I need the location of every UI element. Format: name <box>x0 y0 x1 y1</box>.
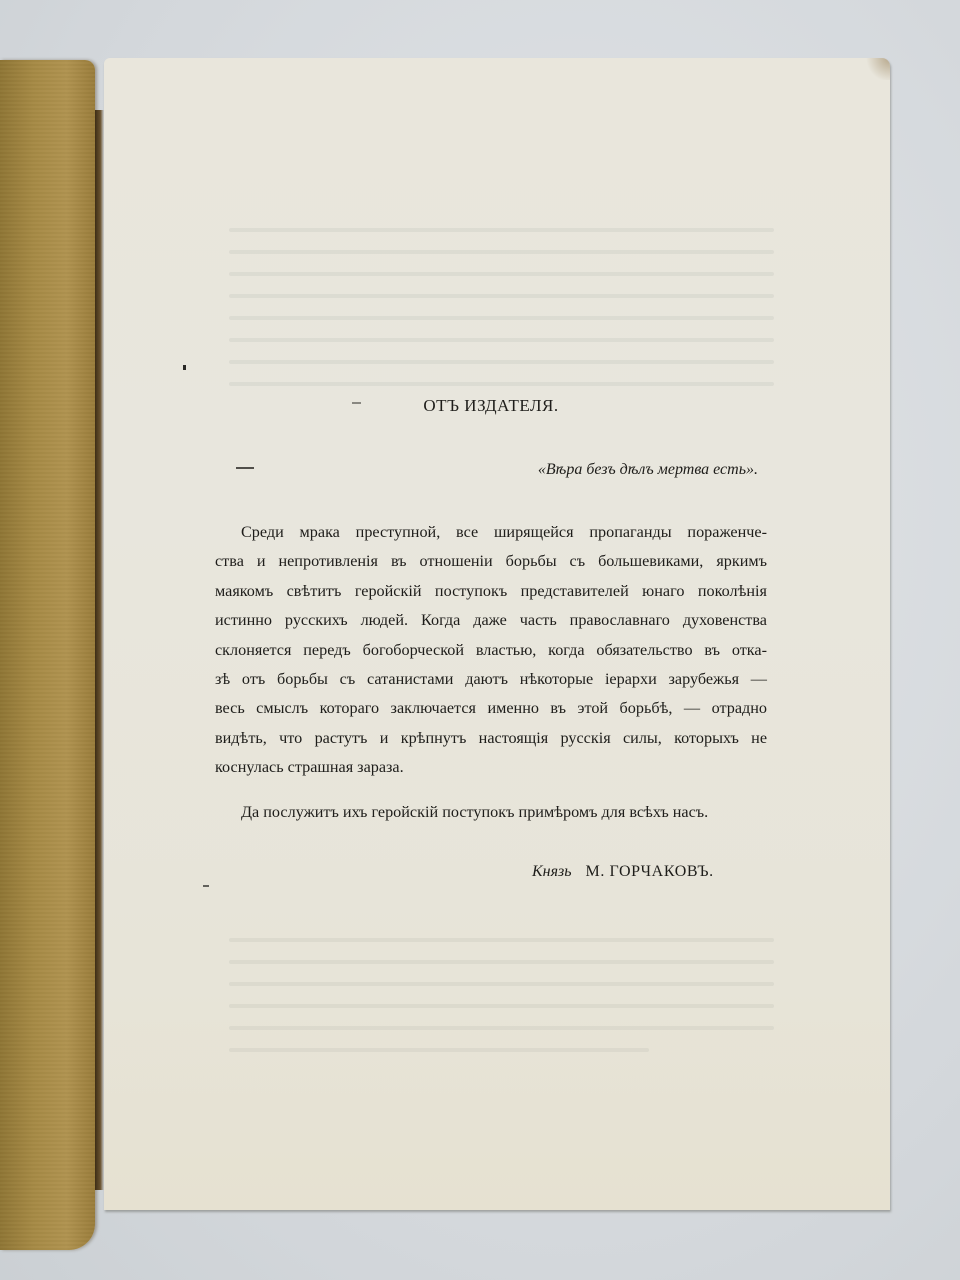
ink-speck <box>236 467 254 469</box>
paragraph-line: Среди мрака преступной, все ширящейся пр… <box>215 518 767 547</box>
paragraph-line: видѣть, что растутъ и крѣпнутъ настоящія… <box>215 724 767 753</box>
page-content: ОТЪ ИЗДАТЕЛЯ. «Вѣра безъ дѣлъ мертва ест… <box>0 0 960 1280</box>
closing-sentence: Да послужитъ ихъ геройскій поступокъ при… <box>241 803 708 822</box>
ink-speck <box>203 885 209 887</box>
ink-speck <box>183 365 186 370</box>
paragraph-line: коснулась страшная зараза. <box>215 753 767 782</box>
signature: Князь М. ГОРЧАКОВЪ. <box>532 863 714 881</box>
signature-title: Князь <box>532 863 572 880</box>
paragraph-line: истинно русскихъ людей. Когда даже часть… <box>215 606 767 635</box>
signature-name: М. ГОРЧАКОВЪ. <box>586 863 714 880</box>
paragraph-line: зѣ отъ борьбы съ сатанистами даютъ нѣкот… <box>215 665 767 694</box>
page-title: ОТЪ ИЗДАТЕЛЯ. <box>0 396 960 416</box>
body-paragraph: Среди мрака преступной, все ширящейся пр… <box>215 518 767 783</box>
paragraph-line: маякомъ свѣтитъ геройскій поступокъ пред… <box>215 577 767 606</box>
paragraph-line: ства и непротивленія въ отношеніи борьбы… <box>215 547 767 576</box>
paragraph-line: склоняется передъ богоборческой властью,… <box>215 636 767 665</box>
epigraph: «Вѣра безъ дѣлъ мертва есть». <box>538 461 758 479</box>
paragraph-line: весь смыслъ котораго заключается именно … <box>215 694 767 723</box>
